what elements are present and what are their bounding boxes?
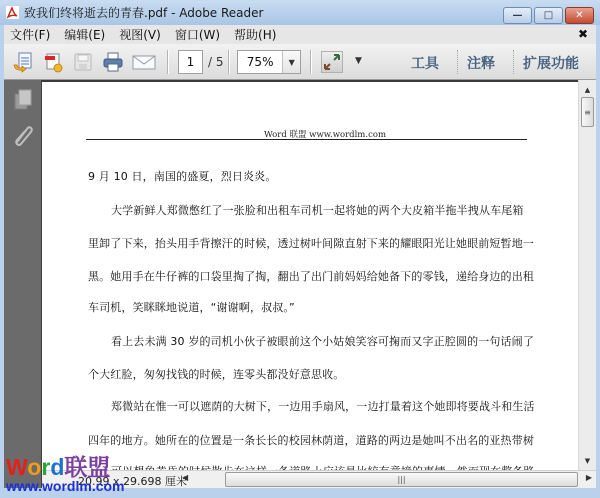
text-line: 大学新鲜人郑微憋红了一张脸和出租车司机一起将她的两个大皮箱半拖半拽从车尾箱: [111, 202, 524, 218]
zoom-select[interactable]: 75% ▼: [237, 50, 301, 74]
menu-file[interactable]: 文件(F): [4, 26, 58, 43]
page-dimensions: 20.99 x 29.698 厘米: [78, 473, 187, 489]
tools-pane-link[interactable]: 工具: [411, 53, 439, 73]
text-line: 看上去未满 30 岁的司机小伙子被眼前这个小姑娘笑容可掬而又字正腔圆的一句话闹了: [111, 333, 534, 349]
toolbar: 1 / 5 75% ▼ ▼ 工具 注释 扩展功能: [4, 44, 596, 80]
text-line: 可以想象黄昏的时候散步在这样一条道路上应该是比较有意境的事情，然而现在整条路: [111, 463, 535, 470]
scroll-thumb[interactable]: ≡: [581, 97, 594, 127]
scroll-down-icon[interactable]: ▼: [579, 453, 596, 468]
status-bar: 20.99 x 29.698 厘米 ◀ ||| ▶: [42, 470, 596, 488]
scroll-left-icon[interactable]: ◀: [182, 473, 188, 482]
print-icon[interactable]: [102, 51, 124, 73]
save-icon[interactable]: [72, 51, 94, 73]
scroll-up-icon[interactable]: ▲: [579, 82, 596, 97]
open-icon[interactable]: [12, 51, 34, 73]
document-page[interactable]: Word 联盟 www.wordlm.com 9 月 10 日，南国的盛夏，烈日…: [42, 80, 578, 470]
adobe-reader-icon: [6, 6, 19, 19]
toolbar-separator: [167, 50, 168, 74]
menu-view[interactable]: 视图(V): [113, 26, 169, 43]
more-tools-icon[interactable]: ▼: [355, 56, 362, 66]
title-bar: 致我们终将逝去的青春.pdf - Adobe Reader — □ ✕: [0, 0, 600, 25]
full-screen-button[interactable]: [321, 51, 343, 73]
pages-icon[interactable]: [12, 88, 34, 112]
text-line: 黑。她用手在牛仔裤的口袋里掏了掏，翻出了出门前妈妈给她备下的零钱，递给身边的出租: [88, 268, 534, 284]
minimize-button[interactable]: —: [503, 7, 532, 24]
close-icon: ✕: [566, 8, 593, 23]
zoom-value[interactable]: 75%: [238, 51, 282, 73]
create-pdf-icon[interactable]: [42, 51, 64, 73]
page-number-input[interactable]: 1: [178, 50, 203, 74]
header-rule: [86, 139, 527, 140]
page-total: / 5: [208, 55, 224, 69]
chevron-down-icon[interactable]: ▼: [282, 51, 300, 73]
maximize-button[interactable]: □: [534, 7, 563, 24]
menu-help[interactable]: 帮助(H): [228, 26, 284, 43]
text-line: 车司机，笑眯眯地说道，“谢谢啊，叔叔。”: [88, 299, 295, 315]
comment-pane-link[interactable]: 注释: [467, 53, 495, 73]
toolbar-separator: [457, 50, 458, 74]
menu-bar: 文件(F) 编辑(E) 视图(V) 窗口(W) 帮助(H) ✖: [4, 25, 596, 44]
grip-icon: |||: [397, 475, 405, 484]
scroll-right-icon[interactable]: ▶: [586, 473, 592, 482]
menu-edit[interactable]: 编辑(E): [58, 26, 113, 43]
expand-icon: [322, 52, 342, 72]
text-line: 四年的地方。她所在的位置是一条长长的校园林荫道，道路的两边是她叫不出名的亚热带树: [88, 432, 534, 448]
text-line: 里卸了下来，抬头用手背擦汗的时候，透过树叶间隙直射下来的耀眼阳光让她眼前短暂地一: [88, 235, 534, 251]
window-title: 致我们终将逝去的青春.pdf - Adobe Reader: [24, 4, 263, 21]
text-line: 郑微站在惟一可以遮荫的大树下，一边用手扇风，一边打量着这个她即将要战斗和生活: [111, 398, 535, 414]
minimize-icon: —: [504, 8, 531, 23]
attachments-icon[interactable]: [12, 124, 34, 148]
grip-icon: ≡: [584, 108, 591, 117]
window-frame: [0, 488, 600, 498]
close-button[interactable]: ✕: [565, 7, 594, 24]
window-controls: — □ ✕: [503, 7, 594, 24]
text-line: 9 月 10 日，南国的盛夏，烈日炎炎。: [88, 168, 276, 184]
navigation-pane: [4, 80, 42, 498]
maximize-icon: □: [535, 8, 562, 23]
menu-window[interactable]: 窗口(W): [169, 26, 228, 43]
vertical-scrollbar[interactable]: ▲ ≡ ▼: [578, 80, 596, 470]
horizontal-scroll-thumb[interactable]: |||: [225, 472, 578, 487]
extended-pane-link[interactable]: 扩展功能: [523, 53, 579, 73]
toolbar-separator: [310, 50, 311, 74]
text-line: 个大红脸，匆匆找钱的时候，连零头都没好意思收。: [88, 366, 344, 382]
close-document-icon[interactable]: ✖: [578, 27, 588, 41]
toolbar-separator: [228, 50, 229, 74]
email-icon[interactable]: [132, 51, 156, 73]
toolbar-separator: [513, 50, 514, 74]
